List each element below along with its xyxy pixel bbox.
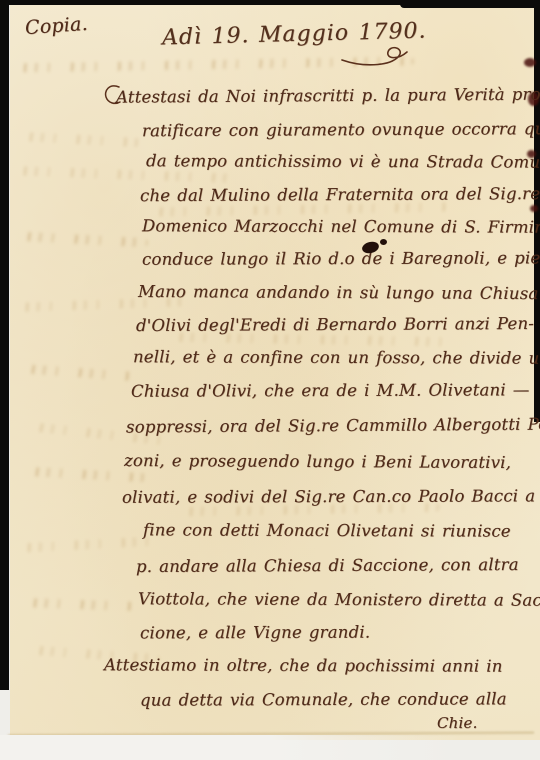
manuscript-line: cione, e alle Vigne grandi. xyxy=(140,623,370,643)
manuscript-line: p. andare alla Chiesa di Saccione, con a… xyxy=(136,555,519,576)
manuscript-line: che dal Mulino della Fraternita ora del … xyxy=(140,184,540,205)
manuscript-line: conduce lungo il Rio d.o de i Baregnoli,… xyxy=(142,248,540,269)
manuscript-line: olivati, e sodivi del Sig.re Can.co Paol… xyxy=(122,486,540,507)
scan-edge-left xyxy=(0,0,9,690)
manuscript-line: nelli, et è a confine con un fosso, che … xyxy=(133,347,540,367)
manuscript-line: Mano manca andando in sù lungo una Chius… xyxy=(138,282,539,303)
manuscript-line: Attestiamo in oltre, che da pochissimi a… xyxy=(104,655,503,675)
scan-margin-bottom xyxy=(0,735,540,760)
manuscript-line: Viottola, che viene da Monistero diretta… xyxy=(138,589,540,609)
date-flourish xyxy=(340,42,410,68)
manuscript-line: zoni, e proseguendo lungo i Beni Lavorat… xyxy=(124,451,511,472)
manuscript-line: Attestasi da Noi infrascritti p. la pura… xyxy=(116,84,540,106)
manuscript-line: Chiusa d'Olivi, che era de i M.M. Olivet… xyxy=(131,380,530,400)
ink-blot xyxy=(380,239,387,245)
manuscript-line: qua detta via Comunale, che conduce alla xyxy=(140,689,507,709)
manuscript-line: Domenico Marzocchi nel Comune di S. Firm… xyxy=(142,216,540,236)
binding-mark xyxy=(530,205,538,212)
manuscript-scan: Copia. Adì 19. Maggio 1790. Attestasi da… xyxy=(0,0,540,760)
manuscript-line: fine con detti Monaci Olivetani si riuni… xyxy=(143,520,511,540)
scan-edge-top-right xyxy=(400,0,540,8)
copy-label: Copia. xyxy=(24,13,88,39)
binding-mark xyxy=(524,58,536,67)
manuscript-line: ratificare con giuramento ovunque occorr… xyxy=(142,119,540,140)
catchword: Chie. xyxy=(437,714,478,732)
manuscript-line: d'Olivi degl'Eredi di Bernardo Borri anz… xyxy=(136,314,534,335)
manuscript-line: da tempo antichissimo vi è una Strada Co… xyxy=(146,151,540,172)
manuscript-line: soppressi, ora del Sig.re Cammillo Alber… xyxy=(126,414,540,436)
